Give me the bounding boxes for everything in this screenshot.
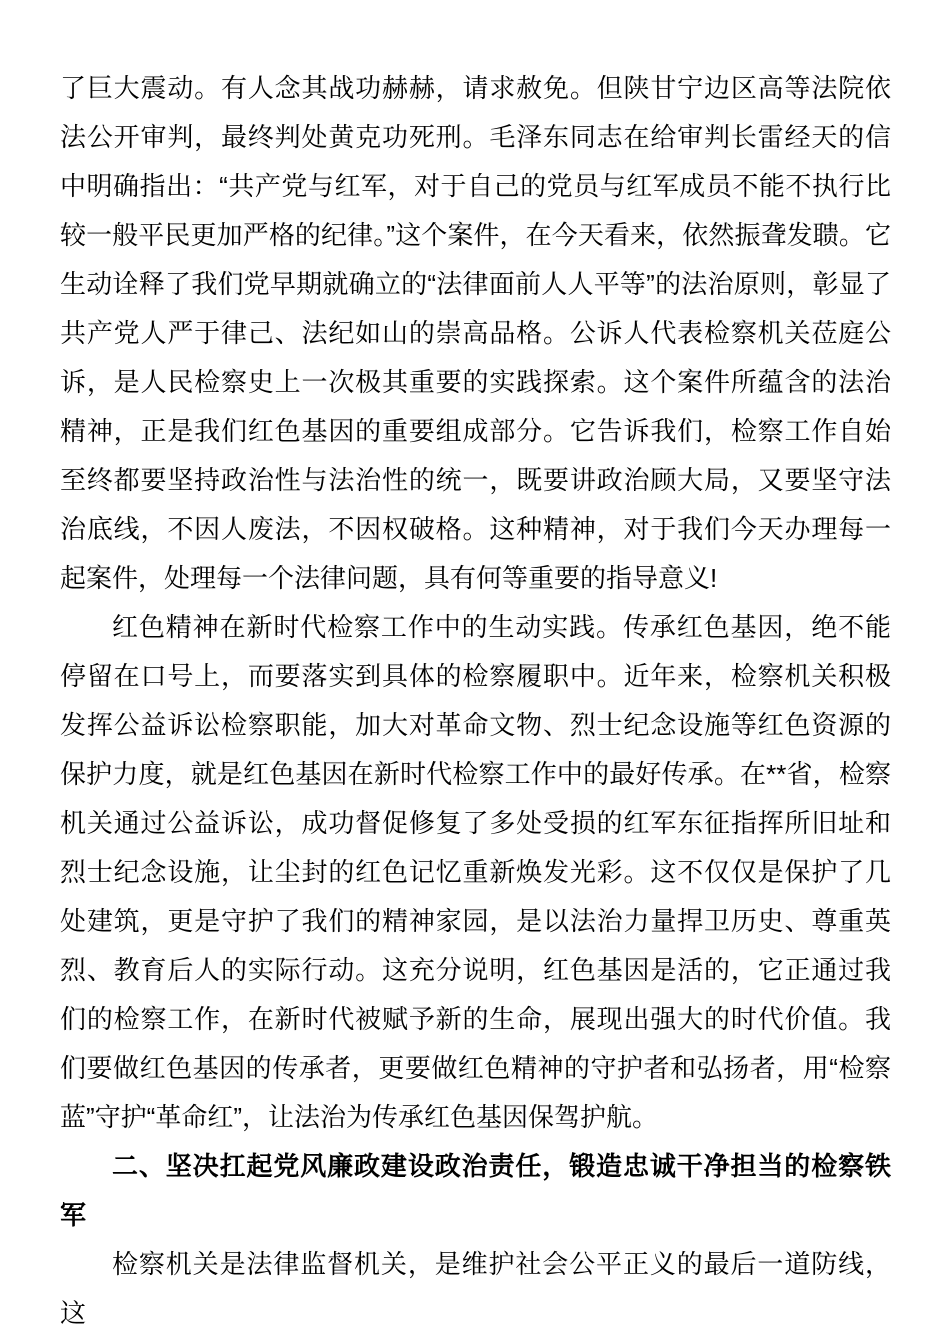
paragraph-legal-supervision: 检察机关是法律监督机关，是维护社会公平正义的最后一道防线，这 — [60, 1240, 891, 1338]
section-heading-two: 二、坚决扛起党风廉政建设政治责任，锻造忠诚干净担当的检察铁军 — [60, 1142, 891, 1240]
document-page: 了巨大震动。有人念其战功赫赫，请求赦免。但陕甘宁边区高等法院依法公开审判，最终判… — [0, 0, 950, 1344]
paragraph-red-gene-practice: 红色精神在新时代检察工作中的生动实践。传承红色基因，绝不能停留在口号上，而要落实… — [60, 603, 891, 1142]
paragraph-body-continuation: 了巨大震动。有人念其战功赫赫，请求赦免。但陕甘宁边区高等法院依法公开审判，最终判… — [60, 64, 891, 603]
